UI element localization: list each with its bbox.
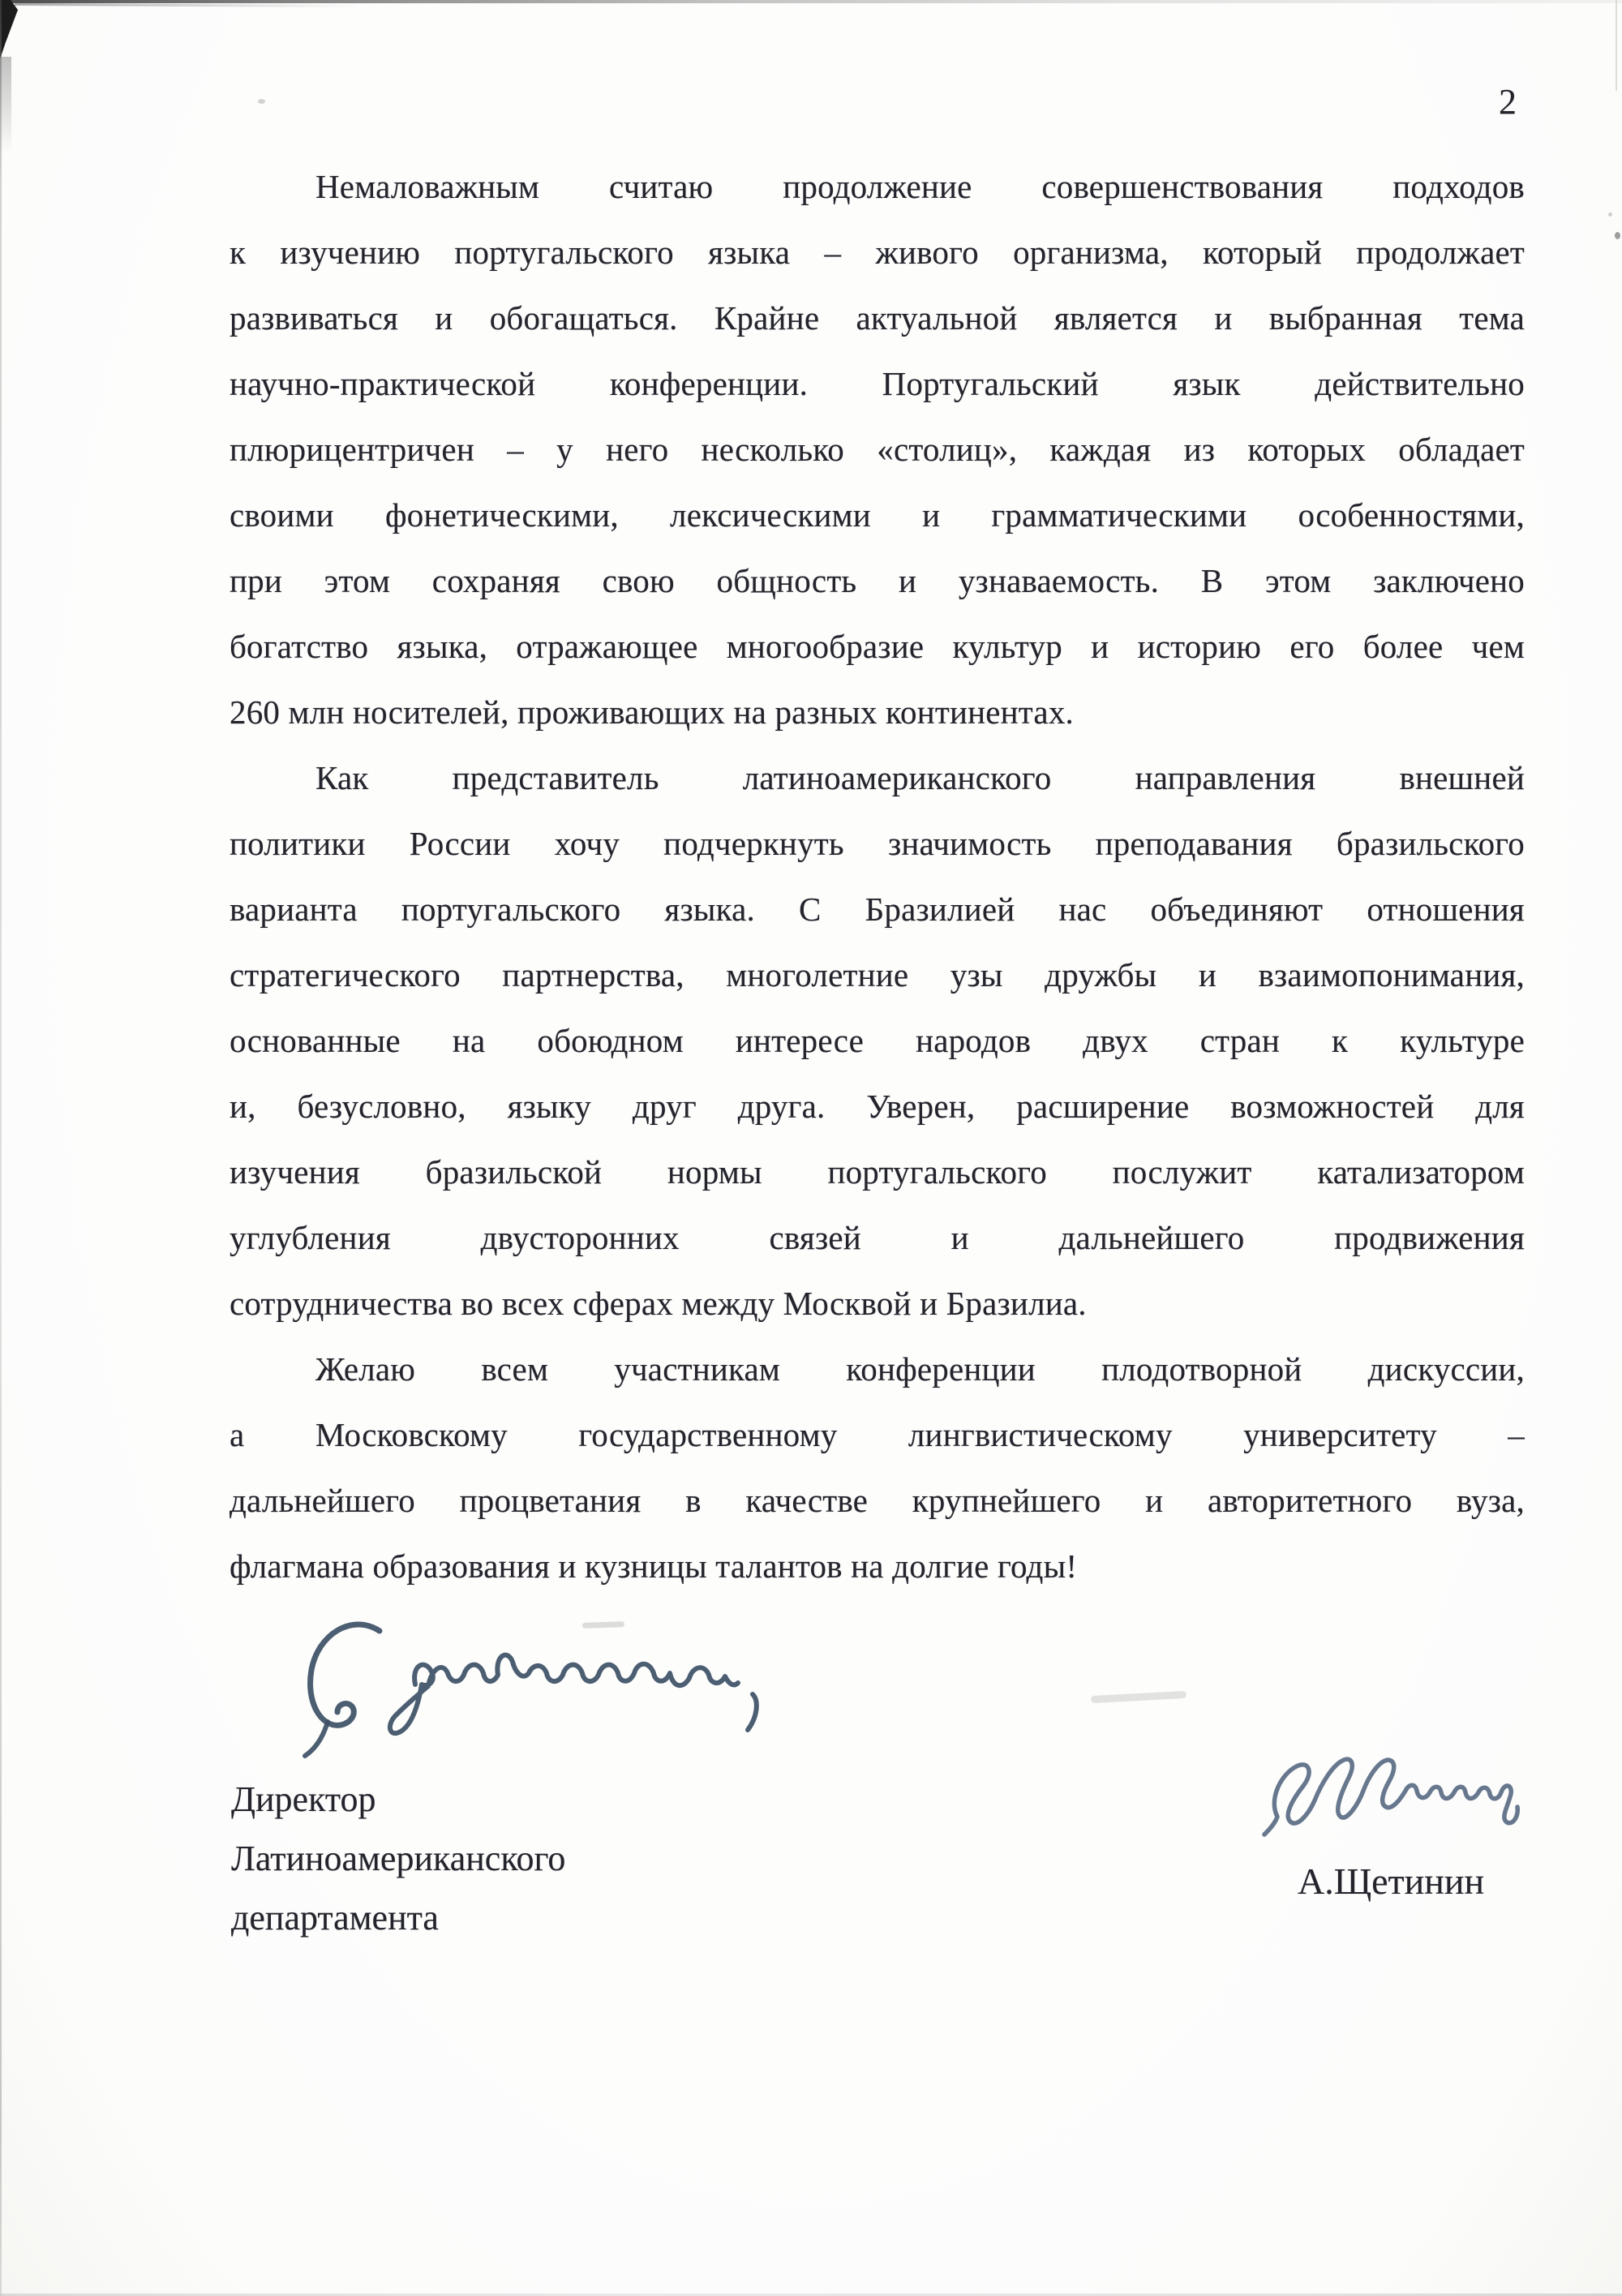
body-line: варианта португальского языка. С Бразили… (230, 877, 1525, 942)
body-line: развиваться и обогащаться. Крайне актуал… (230, 285, 1525, 351)
page-number: 2 (1499, 84, 1517, 120)
body-line: 260 млн носителей, проживающих на разных… (230, 680, 1525, 745)
scan-artifact-corner-fade (0, 57, 11, 154)
body-line: Как представитель латиноамериканского на… (230, 745, 1525, 811)
scan-artifact-speck (258, 99, 265, 104)
body-line: стратегического партнерства, многолетние… (230, 942, 1525, 1008)
body-line: политики России хочу подчеркнуть значимо… (230, 811, 1525, 877)
signature-autograph (1253, 1713, 1521, 1843)
scan-artifact-corner-wedge (0, 0, 18, 62)
body-line: и, безусловно, языку друг друга. Уверен,… (230, 1074, 1525, 1139)
body-line: дальнейшего процветания в качестве крупн… (230, 1468, 1525, 1534)
body-line: при этом сохраняя свою общность и узнава… (230, 548, 1525, 614)
body-line: к изучению португальского языка – живого… (230, 220, 1525, 285)
scan-artifact-smudge (1091, 1691, 1186, 1703)
body-line: Желаю всем участникам конференции плодот… (230, 1337, 1525, 1402)
signature-name: А.Щетинин (1298, 1859, 1484, 1903)
scanned-letter-page: 2 Немаловажным считаю продолжение соверш… (0, 0, 1622, 2296)
body-line: а Московскому государственному лингвисти… (230, 1402, 1525, 1468)
signature-script-icon (1253, 1713, 1521, 1843)
body-line: своими фонетическими, лексическими и гра… (230, 483, 1525, 548)
signature-title-line: Латиноамериканского (231, 1829, 565, 1888)
body-line: богатство языка, отражающее многообразие… (230, 614, 1525, 680)
body-line: научно-практической конференции. Португа… (230, 351, 1525, 417)
body-line: Немаловажным считаю продолжение совершен… (230, 154, 1525, 220)
letter-body: Немаловажным считаю продолжение совершен… (230, 154, 1525, 1599)
body-line: плюрицентричен – у него несколько «столи… (230, 417, 1525, 483)
closing-script-icon (285, 1610, 805, 1764)
body-line: углубления двусторонних связей и дальней… (230, 1205, 1525, 1271)
body-line: флагмана образования и кузницы талантов … (230, 1534, 1525, 1599)
scan-artifact-top-streak (15, 3, 363, 7)
scan-artifact-left-edge (0, 0, 2, 2296)
signature-title-block: Директор Латиноамериканского департамент… (231, 1770, 565, 1947)
scan-artifact-dot (1608, 212, 1612, 217)
body-line: сотрудничества во всех сферах между Моск… (230, 1271, 1525, 1337)
signature-title-line: Директор (231, 1770, 565, 1829)
scan-artifact-top-edge (0, 0, 1622, 3)
scan-artifact-right-edge (1616, 0, 1617, 91)
body-line: изучения бразильской нормы португальског… (230, 1139, 1525, 1205)
body-line: основанные на обоюдном интересе народов … (230, 1008, 1525, 1074)
signature-title-line: департамента (231, 1888, 565, 1947)
scan-artifact-dot (1615, 232, 1620, 239)
closing-handwriting (285, 1610, 805, 1764)
